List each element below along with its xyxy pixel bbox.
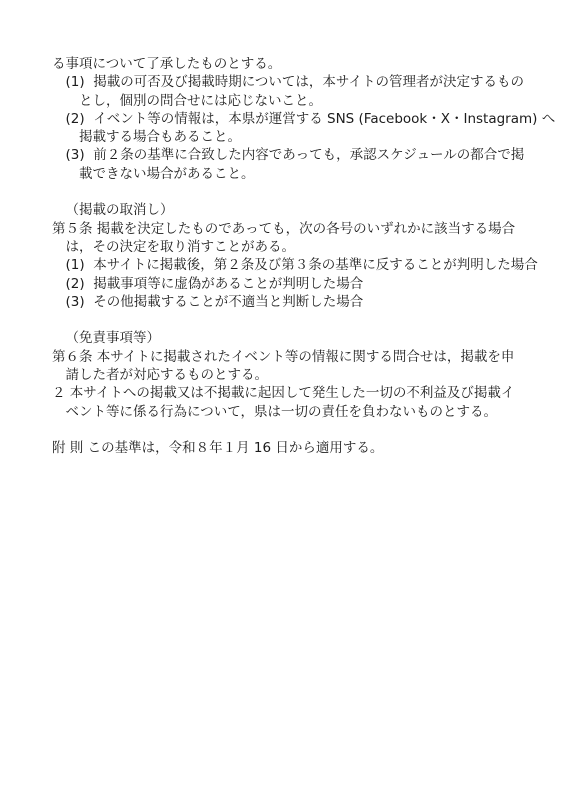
doc-line: 掲載する場合もあること。 bbox=[52, 128, 532, 146]
doc-line-item-3: (3) その他掲載することが不適当と判断した場合 bbox=[52, 293, 532, 311]
doc-line-item-1: (1) 本サイトに掲載後，第２条及び第３条の基準に反することが判明した場合 bbox=[52, 256, 532, 274]
doc-line: 請した者が対応するものとする。 bbox=[52, 366, 532, 384]
blank-line bbox=[52, 183, 532, 201]
doc-line: は，その決定を取り消すことがある。 bbox=[52, 238, 532, 256]
doc-line-item-3: (3) 前２条の基準に合致した内容であっても，承認スケジュールの都合で掲 bbox=[52, 146, 532, 164]
document-page: る事項について了承したものとする。 (1) 掲載の可否及び掲載時期については，本… bbox=[0, 0, 566, 800]
supplementary-provision-line: 附 則 この基準は，令和８年１月 16 日から適用する。 bbox=[52, 439, 532, 457]
article-5-line: 第５条 掲載を決定したものであっても，次の各号のいずれかに該当する場合 bbox=[52, 220, 532, 238]
doc-line-item-2: (2) 掲載事項等に虚偽があることが判明した場合 bbox=[52, 275, 532, 293]
doc-line-item-1: (1) 掲載の可否及び掲載時期については，本サイトの管理者が決定するもの bbox=[52, 73, 532, 91]
doc-line: る事項について了承したものとする。 bbox=[52, 55, 532, 73]
section-heading-disclaimer: （免責事項等） bbox=[52, 329, 532, 347]
blank-line bbox=[52, 421, 532, 439]
doc-line: とし，個別の問合せには応じないこと。 bbox=[52, 92, 532, 110]
article-6-line: 第６条 本サイトに掲載されたイベント等の情報に関する問合せは，掲載を申 bbox=[52, 348, 532, 366]
blank-line bbox=[52, 311, 532, 329]
doc-line-item-2: (2) イベント等の情報は，本県が運営する SNS (Facebook・X・In… bbox=[52, 110, 532, 128]
document-body: る事項について了承したものとする。 (1) 掲載の可否及び掲載時期については，本… bbox=[52, 55, 532, 458]
doc-line: 載できない場合があること。 bbox=[52, 165, 532, 183]
doc-line: ベント等に係る行為について，県は一切の責任を負わないものとする。 bbox=[52, 403, 532, 421]
section-heading-cancellation: （掲載の取消し） bbox=[52, 201, 532, 219]
article-6-2-line: ２ 本サイトへの掲載又は不掲載に起因して発生した一切の不利益及び掲載イ bbox=[52, 384, 532, 402]
